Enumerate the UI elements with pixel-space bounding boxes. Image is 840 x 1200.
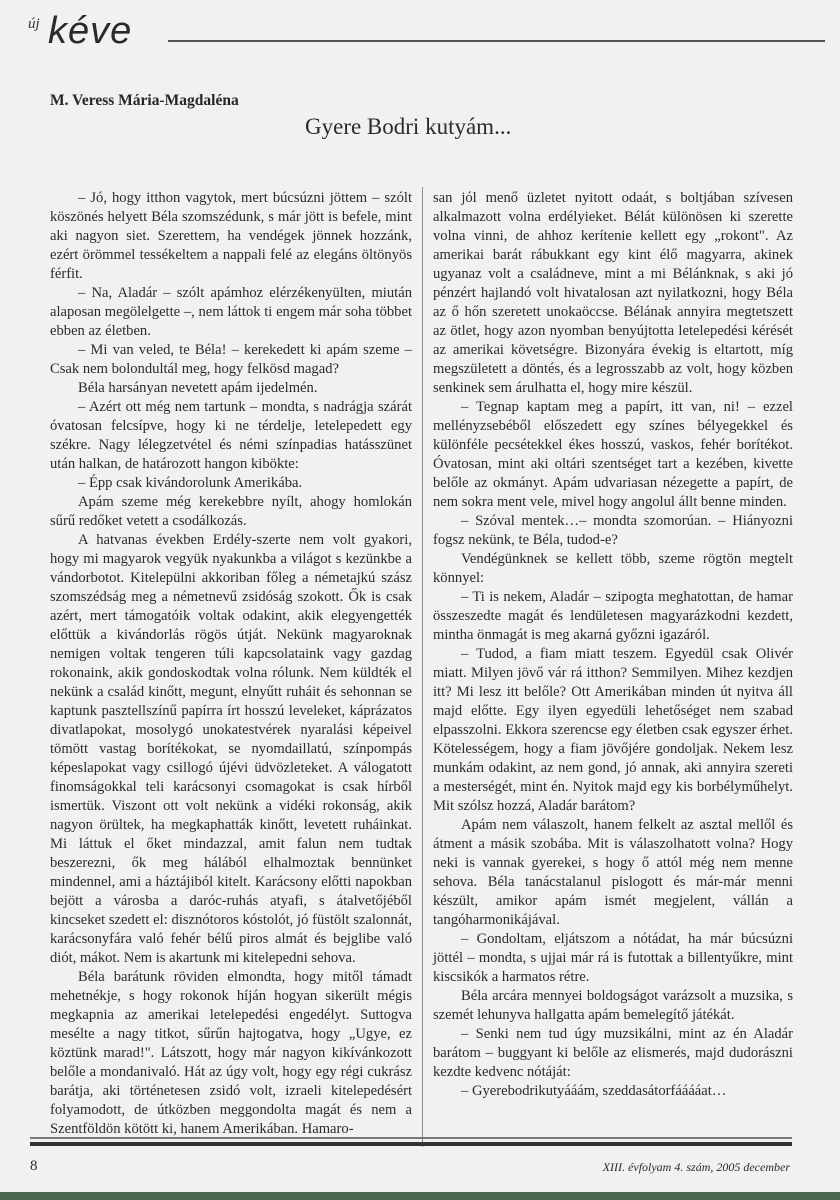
- paragraph: Béla barátunk röviden elmondta, hogy mit…: [50, 968, 412, 1139]
- paragraph: – Tegnap kaptam meg a papírt, itt van, n…: [433, 398, 793, 512]
- paragraph: – Azért ott még nem tartunk – mondta, s …: [50, 398, 412, 474]
- masthead-title: kéve: [48, 10, 132, 53]
- paragraph: – Szóval mentek…– mondta szomorúan. – Hi…: [433, 512, 793, 550]
- footer-rule-thick: [30, 1142, 792, 1146]
- left-column: – Jó, hogy itthon vagytok, mert búcsúzni…: [50, 189, 412, 1139]
- paragraph: – Tudod, a fiam miatt teszem. Egyedül cs…: [433, 645, 793, 816]
- paragraph: Apám szeme még kerekebbre nyílt, ahogy h…: [50, 493, 412, 531]
- paragraph: – Gondoltam, eljátszom a nótádat, ha már…: [433, 930, 793, 987]
- paragraph: – Gyerebodrikutyááám, szeddasátorfááááat…: [433, 1082, 793, 1101]
- footer-rule-thin: [30, 1137, 792, 1139]
- paragraph: A hatvanas években Erdély-szerte nem vol…: [50, 531, 412, 968]
- issue-info: XIII. évfolyam 4. szám, 2005 december: [603, 1160, 790, 1175]
- paragraph: Béla harsányan nevetett apám ijedelmén.: [50, 379, 412, 398]
- article-title: Gyere Bodri kutyám...: [305, 114, 511, 140]
- paragraph: Béla arcára mennyei boldogságot varázsol…: [433, 987, 793, 1025]
- paragraph: – Jó, hogy itthon vagytok, mert búcsúzni…: [50, 189, 412, 284]
- masthead-prefix: új: [28, 16, 40, 33]
- masthead-rule: [168, 40, 825, 42]
- paragraph: Apám nem válaszolt, hanem felkelt az asz…: [433, 816, 793, 930]
- page-number: 8: [30, 1158, 38, 1175]
- paragraph: – Senki nem tud úgy muzsikálni, mint az …: [433, 1025, 793, 1082]
- paragraph: san jól menő üzletet nyitott odaát, s bo…: [433, 189, 793, 398]
- paragraph: – Ti is nekem, Aladár – szipogta meghato…: [433, 588, 793, 645]
- paragraph: – Épp csak kivándorolunk Amerikába.: [50, 474, 412, 493]
- paragraph: – Na, Aladár – szólt apámhoz elérzékenyü…: [50, 284, 412, 341]
- page-bottom-edge: [0, 1192, 840, 1200]
- paragraph: Vendégünknek se kellett több, szeme rögt…: [433, 550, 793, 588]
- article-author: M. Veress Mária-Magdaléna: [50, 92, 239, 110]
- paragraph: – Mi van veled, te Béla! – kerekedett ki…: [50, 341, 412, 379]
- right-column: san jól menő üzletet nyitott odaát, s bo…: [433, 189, 793, 1101]
- column-divider: [422, 187, 423, 1147]
- masthead: új kéve: [28, 14, 798, 64]
